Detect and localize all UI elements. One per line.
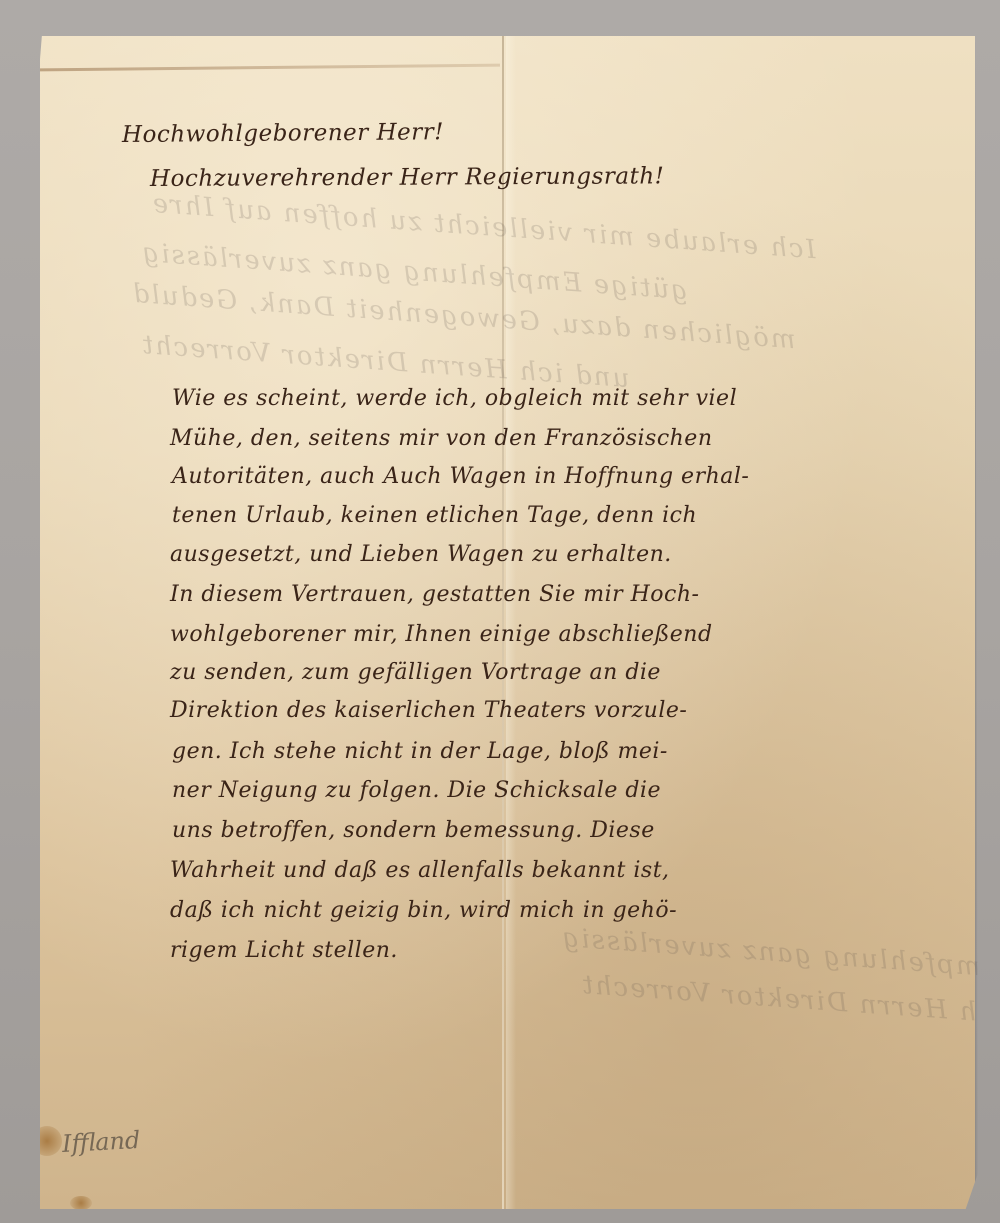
body-line: Wie es scheint, werde ich, obgleich mit … bbox=[172, 386, 737, 411]
body-line: wohlgeborener mir, Ihnen einige abschlie… bbox=[170, 622, 713, 647]
body-line: tenen Urlaub, keinen etlichen Tage, denn… bbox=[172, 503, 697, 528]
body-line: Autoritäten, auch Auch Wagen in Hoffnung… bbox=[172, 464, 749, 489]
pencil-signature: Iffland bbox=[61, 1126, 141, 1158]
salutation-line-1: Hochwohlgeborener Herr! bbox=[122, 119, 444, 148]
body-line: In diesem Vertrauen, gestatten Sie mir H… bbox=[170, 582, 699, 607]
body-line: uns betroffen, sondern bemessung. Diese bbox=[172, 818, 655, 843]
body-line: gen. Ich stehe nicht in der Lage, bloß m… bbox=[172, 739, 668, 764]
body-line: Direktion des kaiserlichen Theaters vorz… bbox=[170, 698, 687, 723]
body-line: zu senden, zum gefälligen Vortrage an di… bbox=[170, 660, 661, 685]
body-line: Mühe, den, seitens mir von den Französis… bbox=[170, 426, 713, 451]
stain-spot-left bbox=[32, 1126, 62, 1156]
salutation-line-2: Hochzuverehrender Herr Regierungsrath! bbox=[150, 163, 664, 192]
top-edge-stain bbox=[40, 64, 500, 72]
body-line: Wahrheit und daß es allenfalls bekannt i… bbox=[170, 858, 670, 883]
letter-paper: Ich erlaube mir vielleicht zu hoffen auf… bbox=[40, 36, 975, 1209]
body-line: daß ich nicht geizig bin, wird mich in g… bbox=[170, 898, 677, 923]
body-line: ner Neigung zu folgen. Die Schicksale di… bbox=[172, 778, 661, 803]
body-line: rigem Licht stellen. bbox=[170, 938, 398, 963]
stain-spot-bottom bbox=[70, 1196, 92, 1210]
body-line: ausgesetzt, und Lieben Wagen zu erhalten… bbox=[170, 542, 672, 567]
